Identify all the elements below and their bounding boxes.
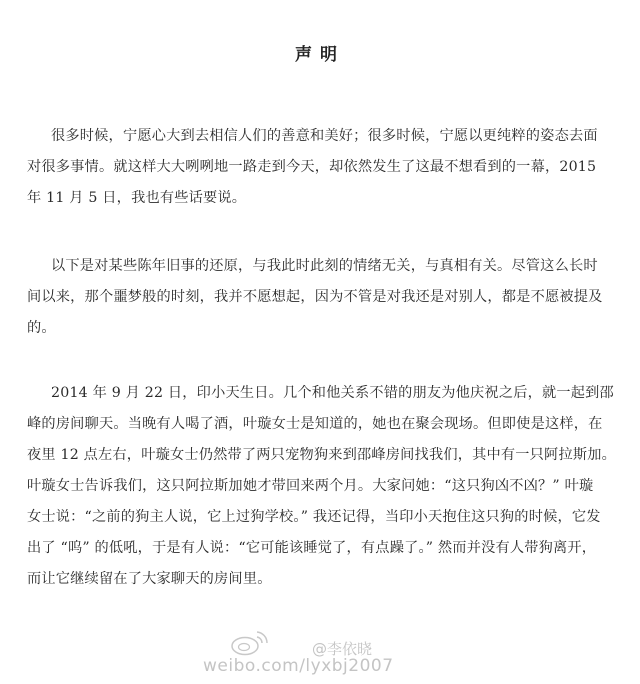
- text-line: 出了 “呜” 的低吼，于是有人说：“它可能该睡觉了，有点躁了。” 然而并没有人带…: [27, 533, 617, 564]
- text-line: 对很多事情。就这样大大咧咧地一路走到今天，却依然发生了这最不想看到的一幕，201…: [27, 152, 617, 183]
- paragraph-2: 以下是对某些陈年旧事的还原，与我此时此刻的情绪无关，与真相有关。尽管这么长时 间…: [27, 251, 617, 344]
- page-title: 声明: [0, 40, 640, 65]
- text-line: 年 11 月 5 日，我也有些话要说。: [27, 183, 617, 214]
- text-line: 2014 年 9 月 22 日，印小天生日。几个和他关系不错的朋友为他庆祝之后，…: [27, 378, 617, 409]
- text-line: 间以来，那个噩梦般的时刻，我并不愿想起，因为不管是对我还是对别人，都是不愿被提及: [27, 282, 617, 313]
- weibo-watermark: @李依晓 weibo.com/lyxbj2007: [230, 628, 430, 678]
- text-line: 而让它继续留在了大家聊天的房间里。: [27, 564, 617, 595]
- text-line: 的。: [27, 313, 617, 344]
- text-line: 峰的房间聊天。当晚有人喝了酒，叶璇女士是知道的，她也在聚会现场。但即使是这样，在: [27, 409, 617, 440]
- text-line: 女士说：“之前的狗主人说，它上过狗学校。” 我还记得，当印小天抱住这只狗的时候，…: [27, 502, 617, 533]
- paragraph-3: 2014 年 9 月 22 日，印小天生日。几个和他关系不错的朋友为他庆祝之后，…: [27, 378, 617, 595]
- text-line: 很多时候，宁愿心大到去相信人们的善意和美好；很多时候，宁愿以更纯粹的姿态去面: [27, 121, 617, 152]
- weibo-logo-icon: [230, 628, 270, 656]
- text-line: 叶璇女士告诉我们，这只阿拉斯加她才带回来两个月。大家问她：“这只狗凶不凶？” 叶…: [27, 471, 617, 502]
- paragraph-1: 很多时候，宁愿心大到去相信人们的善意和美好；很多时候，宁愿以更纯粹的姿态去面 对…: [27, 121, 617, 214]
- text-line: 以下是对某些陈年旧事的还原，与我此时此刻的情绪无关，与真相有关。尽管这么长时: [27, 251, 617, 282]
- text-line: 夜里 12 点左右，叶璇女士仍然带了两只宠物狗来到邵峰房间找我们，其中有一只阿拉…: [27, 440, 617, 471]
- weibo-url: weibo.com/lyxbj2007: [203, 656, 394, 676]
